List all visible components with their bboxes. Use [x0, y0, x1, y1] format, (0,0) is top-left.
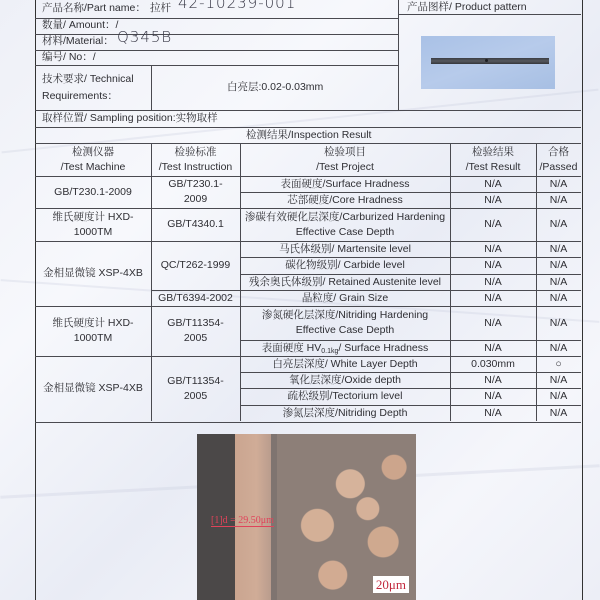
test-result: N/A [450, 192, 536, 208]
column-header-en: /Test Instruction [159, 161, 233, 173]
column-header-2: 检验项目/Test Project [240, 143, 450, 176]
passed-status: ○ [536, 356, 581, 372]
part-name-value: 拉杆 [150, 2, 171, 15]
project-subscript: 0.1kg [321, 348, 338, 355]
passed-status: N/A [536, 388, 581, 405]
grid-line [151, 143, 152, 421]
passed-status: N/A [536, 290, 581, 306]
test-project: 表面硬度/Surface Hradness [244, 176, 446, 192]
material-value-handwritten: Q345B [117, 31, 172, 44]
test-result: N/A [450, 274, 536, 290]
test-result: N/A [450, 405, 536, 421]
project-prefix: 表面硬度 HV [262, 342, 322, 354]
sampling-position: 取样位置/ Sampling position:实物取样 [42, 112, 218, 125]
test-project: 残余奥氏体级别/ Retained Austenite level [244, 274, 446, 290]
tech-req-label-line2: Requirements： [42, 90, 118, 103]
column-header-en: /Passed [540, 161, 578, 173]
micrograph: [1]d = 29.50μm 20μm [197, 434, 416, 600]
amount-label: 数量/ Amount：/ [42, 19, 118, 32]
rod-image [431, 58, 549, 64]
test-machine: 金相显微镜 XSP-4XB [39, 241, 147, 306]
passed-status: N/A [536, 372, 581, 388]
column-header-cn: 检验结果 [472, 146, 514, 158]
test-project: 渗碳有效硬化层深度/Carburized Hardening Effective… [244, 208, 446, 241]
test-machine: 金相显微镜 XSP-4XB [39, 356, 147, 421]
passed-status: N/A [536, 176, 581, 192]
test-result: N/A [450, 257, 536, 274]
inspection-title: 检测结果/Inspection Result [246, 129, 371, 142]
material-label: 材料/Material： [42, 35, 114, 48]
test-result: N/A [450, 388, 536, 405]
column-header-cn: 合格 [548, 146, 569, 158]
part-name-label: 产品名称/Part name： [42, 2, 146, 15]
passed-status: N/A [536, 257, 581, 274]
scale-bar-label: 20μm [373, 576, 409, 593]
test-result: N/A [450, 241, 536, 257]
test-result: N/A [450, 340, 536, 356]
test-project: 渗氮层深度/Nitriding Depth [244, 405, 446, 421]
rod-mark [485, 59, 488, 62]
test-standard: GB/T230.1-2009 [157, 176, 234, 208]
grid-line [240, 143, 241, 421]
column-header-en: /Test Project [316, 161, 374, 173]
test-standard: GB/T11354-2005 [157, 356, 234, 421]
test-machine: 维氏硬度计 HXD-1000TM [39, 208, 147, 241]
passed-status: N/A [536, 340, 581, 356]
test-standard: GB/T4340.1 [157, 208, 234, 241]
test-standard: GB/T11354-2005 [157, 306, 234, 356]
column-header-0: 检测仪器/Test Machine [35, 143, 151, 176]
column-header-cn: 检测仪器 [72, 146, 114, 158]
product-photo [421, 36, 555, 89]
test-result: N/A [450, 208, 536, 241]
test-project: 马氏体级别/ Martensite level [244, 241, 446, 257]
column-header-en: /Test Machine [61, 161, 126, 173]
test-standard: GB/T6394-2002 [157, 290, 234, 306]
passed-status: N/A [536, 274, 581, 290]
project-suffix: / Surface Hradness [338, 342, 428, 354]
test-result: N/A [450, 372, 536, 388]
test-project: 晶粒度/ Grain Size [244, 290, 446, 306]
passed-status: N/A [536, 208, 581, 241]
test-project: 芯部硬度/Core Hradness [244, 192, 446, 208]
product-pattern-label: 产品图样/ Product pattern [407, 1, 527, 14]
column-header-1: 检验标准/Test Instruction [151, 143, 240, 176]
test-result: N/A [450, 306, 536, 340]
test-result: N/A [450, 176, 536, 192]
test-project: 碳化物级别/ Carbide level [244, 257, 446, 274]
column-header-en: /Test Result [466, 161, 521, 173]
column-header-cn: 检验标准 [175, 146, 217, 158]
column-header-4: 合格/Passed [536, 143, 581, 176]
tech-req-label-line1: 技术要求/ Technical [42, 73, 134, 86]
passed-status: N/A [536, 306, 581, 340]
test-result: N/A [450, 290, 536, 306]
test-result: 0.030mm [450, 356, 536, 372]
passed-status: N/A [536, 405, 581, 421]
test-project: 渗氮硬化层深度/Nitriding Hardening Effective Ca… [244, 306, 446, 340]
test-project: 氧化层深度/Oxide depth [244, 372, 446, 388]
test-project: 表面硬度 HV0.1kg/ Surface Hradness [244, 340, 446, 356]
number-label: 编号/ No：/ [42, 51, 96, 64]
test-standard: QC/T262-1999 [157, 241, 234, 290]
test-machine: GB/T230.1-2009 [39, 176, 147, 208]
passed-status: N/A [536, 241, 581, 257]
passed-status: N/A [536, 192, 581, 208]
test-project: 疏松级别/Tectorium level [244, 388, 446, 405]
measurement-label: [1]d = 29.50μm [211, 515, 274, 527]
test-machine: 维氏硬度计 HXD-1000TM [39, 306, 147, 356]
test-project: 白亮层深度/ White Layer Depth [244, 356, 446, 372]
tech-req-value: 白亮层:0.02-0.03mm [227, 81, 323, 94]
column-header-3: 检验结果/Test Result [450, 143, 536, 176]
column-header-cn: 检验项目 [324, 146, 366, 158]
part-number-handwritten: 42-10239-001 [178, 0, 296, 10]
